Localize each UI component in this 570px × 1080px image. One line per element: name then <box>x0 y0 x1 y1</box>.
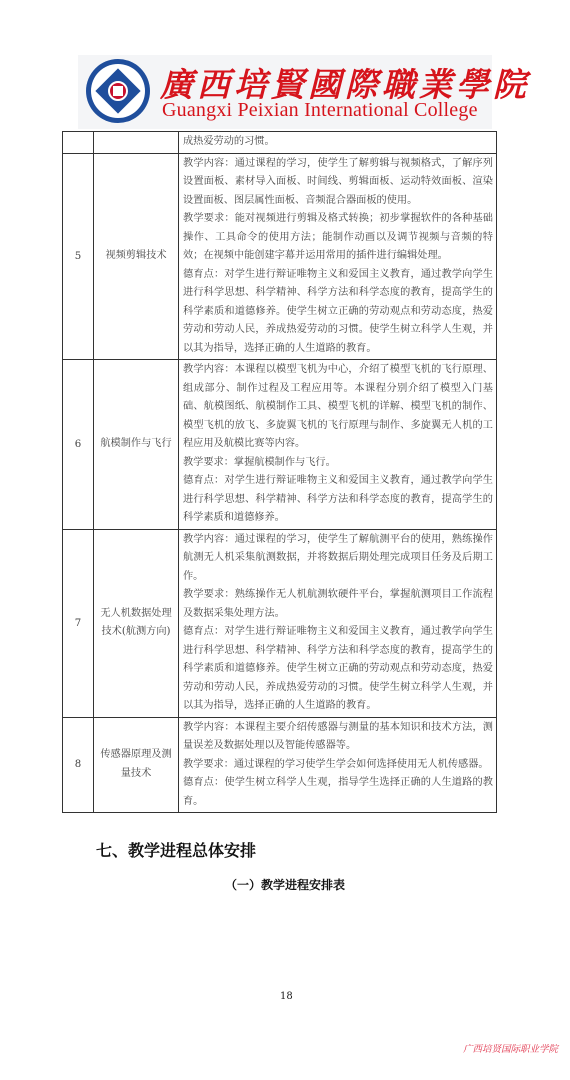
course-name: 航模制作与飞行 <box>94 360 179 530</box>
table-row: 6航模制作与飞行教学内容：本课程以模型飞机为中心，介绍了模型飞机的飞行原理、组成… <box>63 360 497 530</box>
table-row: 7无人机数据处理技术(航测方向)教学内容：通过课程的学习，使学生了解航测平台的使… <box>63 529 497 717</box>
description-paragraph: 成热爱劳动的习惯。 <box>183 133 493 152</box>
description-paragraph: 教学内容：本课程以模型飞机为中心，介绍了模型飞机的飞行原理、组成部分、制作过程及… <box>183 361 493 454</box>
course-name: 视频剪辑技术 <box>94 153 179 360</box>
description-paragraph: 教学内容：通过课程的学习，使学生了解剪辑与视频格式，了解序列设置面板、素材导入面… <box>183 155 493 211</box>
description-paragraph: 教学要求：掌握航模制作与飞行。 <box>183 454 493 473</box>
course-name: 无人机数据处理技术(航测方向) <box>94 529 179 717</box>
table-row: 5视频剪辑技术教学内容：通过课程的学习，使学生了解剪辑与视频格式，了解序列设置面… <box>63 153 497 360</box>
course-number: 6 <box>63 360 94 530</box>
description-paragraph: 教学内容：通过课程的学习，使学生了解航测平台的使用，熟练操作航测无人机采集航测数… <box>183 531 493 587</box>
course-description: 教学内容：通过课程的学习，使学生了解航测平台的使用，熟练操作航测无人机采集航测数… <box>179 529 497 717</box>
college-seal-icon <box>86 59 150 123</box>
course-number: 5 <box>63 153 94 360</box>
description-paragraph: 德育点：对学生进行辩证唯物主义和爱国主义教育，通过教学向学生进行科学思想、科学精… <box>183 472 493 528</box>
course-description: 教学内容：本课程主要介绍传感器与测量的基本知识和技术方法，测量误差及数据处理以及… <box>179 717 497 813</box>
course-description: 教学内容：通过课程的学习，使学生了解剪辑与视频格式，了解序列设置面板、素材导入面… <box>179 153 497 360</box>
course-number: 7 <box>63 529 94 717</box>
page-number: 18 <box>280 991 293 1002</box>
course-number: 8 <box>63 717 94 813</box>
course-name <box>94 132 179 154</box>
footer-watermark: 广西培贤国际职业学院 <box>463 1041 558 1055</box>
course-number <box>63 132 94 154</box>
course-name: 传感器原理及测量技术 <box>94 717 179 813</box>
description-paragraph: 教学内容：本课程主要介绍传感器与测量的基本知识和技术方法，测量误差及数据处理以及… <box>183 719 493 756</box>
description-paragraph: 德育点：对学生进行辩证唯物主义和爱国主义教育，通过教学向学生进行科学思想、科学精… <box>183 266 493 359</box>
description-paragraph: 教学要求：能对视频进行剪辑及格式转换；初步掌握软件的各种基础操作、工具命令的使用… <box>183 210 493 266</box>
description-paragraph: 德育点：对学生进行辩证唯物主义和爱国主义教育，通过教学向学生进行科学思想、科学精… <box>183 623 493 716</box>
course-description: 教学内容：本课程以模型飞机为中心，介绍了模型飞机的飞行原理、组成部分、制作过程及… <box>179 360 497 530</box>
college-name-en: Guangxi Peixian International College <box>162 99 478 122</box>
subsection-heading: （一）教学进程安排表 <box>0 876 570 893</box>
course-table: 成热爱劳动的习惯。5视频剪辑技术教学内容：通过课程的学习，使学生了解剪辑与视频格… <box>62 131 497 813</box>
description-paragraph: 教学要求：通过课程的学习使学生学会如何选择使用无人机传感器。 <box>183 756 493 775</box>
description-paragraph: 德育点：使学生树立科学人生观，指导学生选择正确的人生道路的教育。 <box>183 774 493 811</box>
table-row: 成热爱劳动的习惯。 <box>63 132 497 154</box>
college-header-banner: 廣西培賢國際職業學院 Guangxi Peixian International… <box>78 55 492 129</box>
section-heading: 七、教学进程总体安排 <box>96 838 256 861</box>
description-paragraph: 教学要求：熟练操作无人机航测软硬件平台，掌握航测项目工作流程及数据采集处理方法。 <box>183 586 493 623</box>
course-description: 成热爱劳动的习惯。 <box>179 132 497 154</box>
table-row: 8传感器原理及测量技术教学内容：本课程主要介绍传感器与测量的基本知识和技术方法，… <box>63 717 497 813</box>
